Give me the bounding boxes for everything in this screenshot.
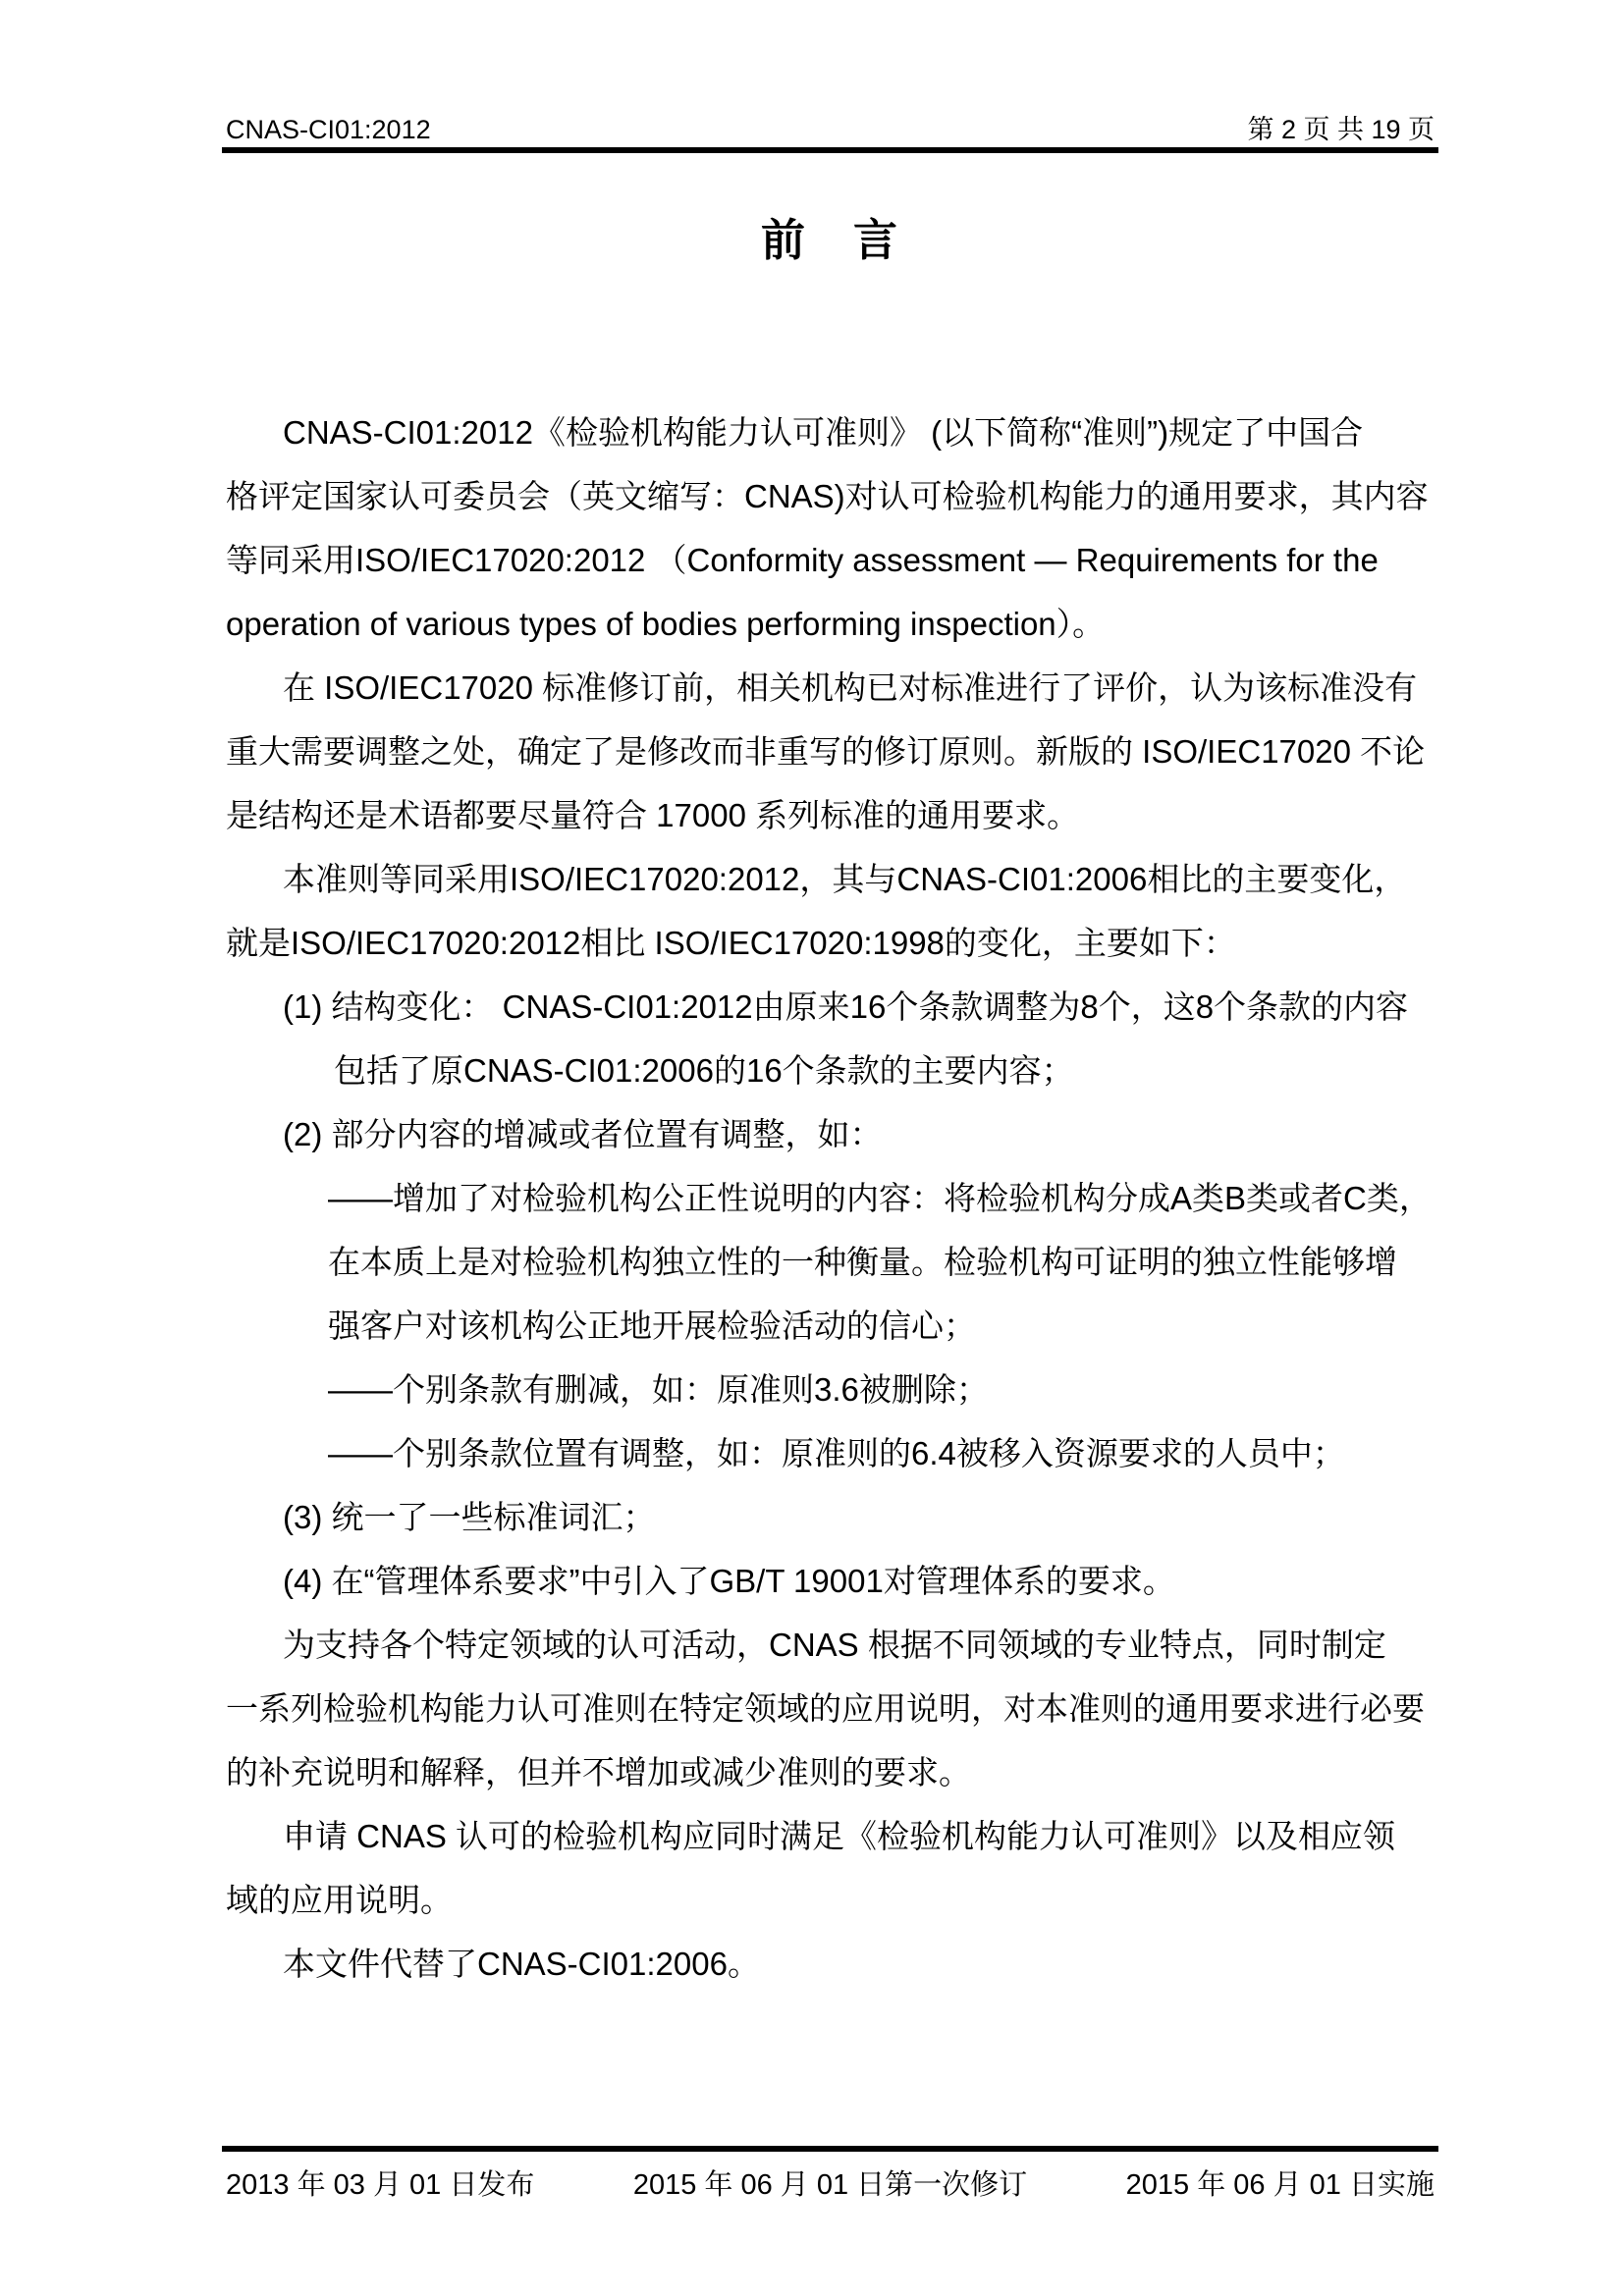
- body-line: CNAS-CI01:2012《检验机构能力认可准则》 (以下简称“准则”)规定了…: [226, 400, 1438, 464]
- document-page: CNAS-CI01:2012 第 2 页 共 19 页 前 言 CNAS-CI0…: [0, 0, 1624, 2296]
- body-line: 就是ISO/IEC17020:2012相比 ISO/IEC17020:1998的…: [226, 911, 1438, 975]
- body-line: (1) 结构变化： CNAS-CI01:2012由原来16个条款调整为8个，这8…: [226, 975, 1438, 1039]
- page-header: CNAS-CI01:2012 第 2 页 共 19 页: [226, 114, 1435, 145]
- body-line: 是结构还是术语都要尽量符合 17000 系列标准的通用要求。: [226, 783, 1438, 847]
- body-line: 重大需要调整之处，确定了是修改而非重写的修订原则。新版的 ISO/IEC1702…: [226, 720, 1438, 783]
- page-footer: 2013 年 03 月 01 日发布 2015 年 06 月 01 日第一次修订…: [226, 2167, 1435, 2203]
- page-title: 前 言: [226, 204, 1435, 268]
- header-doc-code: CNAS-CI01:2012: [226, 114, 431, 145]
- footer-rule: [222, 2146, 1438, 2152]
- body-line: ——增加了对检验机构公正性说明的内容：将检验机构分成A类B类或者C类，: [226, 1166, 1438, 1230]
- body-line: (4) 在“管理体系要求”中引入了GB/T 19001对管理体系的要求。: [226, 1549, 1438, 1613]
- body-line: 等同采用ISO/IEC17020:2012 （Conformity assess…: [226, 528, 1438, 592]
- footer-release-date: 2013 年 03 月 01 日发布: [226, 2167, 534, 2203]
- footer-implementation-date: 2015 年 06 月 01 日实施: [1126, 2167, 1435, 2203]
- header-page-info: 第 2 页 共 19 页: [1247, 114, 1435, 145]
- body-line: 在本质上是对检验机构独立性的一种衡量。检验机构可证明的独立性能够增: [226, 1230, 1438, 1294]
- footer-revision-date: 2015 年 06 月 01 日第一次修订: [633, 2167, 1027, 2203]
- body-line: (2) 部分内容的增减或者位置有调整，如：: [226, 1102, 1438, 1166]
- body-line: 在 ISO/IEC17020 标准修订前，相关机构已对标准进行了评价，认为该标准…: [226, 656, 1438, 720]
- body-line: 本文件代替了CNAS-CI01:2006。: [226, 1932, 1438, 1996]
- body-line: 申请 CNAS 认可的检验机构应同时满足《检验机构能力认可准则》以及相应领: [226, 1804, 1438, 1868]
- body-line: ——个别条款有删减，如：原准则3.6被删除；: [226, 1358, 1438, 1421]
- body-line: 本准则等同采用ISO/IEC17020:2012，其与CNAS-CI01:200…: [226, 847, 1438, 911]
- body-line: 的补充说明和解释，但并不增加或减少准则的要求。: [226, 1740, 1438, 1804]
- body-line: 格评定国家认可委员会（英文缩写：CNAS)对认可检验机构能力的通用要求，其内容: [226, 464, 1438, 528]
- body-line: 域的应用说明。: [226, 1868, 1438, 1932]
- body-line: 强客户对该机构公正地开展检验活动的信心；: [226, 1294, 1438, 1358]
- header-rule: [222, 147, 1438, 153]
- body-line: ——个别条款位置有调整，如：原准则的6.4被移入资源要求的人员中；: [226, 1421, 1438, 1485]
- body-line: (3) 统一了一些标准词汇；: [226, 1485, 1438, 1549]
- body-line: 包括了原CNAS-CI01:2006的16个条款的主要内容；: [226, 1039, 1438, 1102]
- body-line: 为支持各个特定领域的认可活动，CNAS 根据不同领域的专业特点，同时制定: [226, 1613, 1438, 1677]
- body-line: 一系列检验机构能力认可准则在特定领域的应用说明，对本准则的通用要求进行必要: [226, 1677, 1438, 1740]
- body-line: operation of various types of bodies per…: [226, 592, 1438, 656]
- body-text: CNAS-CI01:2012《检验机构能力认可准则》 (以下简称“准则”)规定了…: [226, 400, 1438, 1996]
